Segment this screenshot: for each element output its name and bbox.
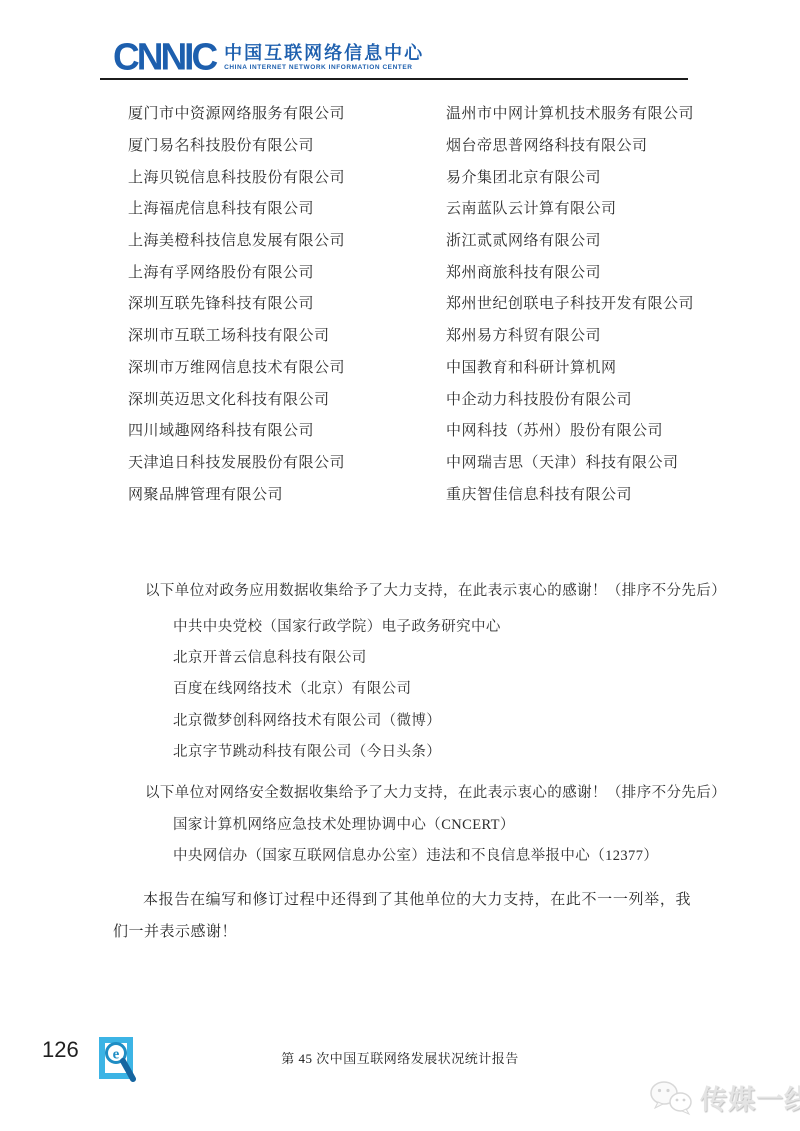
list-item: 上海贝锐信息科技股份有限公司	[128, 160, 345, 192]
header-divider	[100, 78, 688, 80]
list-item: 中网科技（苏州）股份有限公司	[446, 414, 694, 446]
list-item: 深圳市互联工场科技有限公司	[128, 319, 345, 351]
list-item: 厦门易名科技股份有限公司	[128, 129, 345, 161]
list-item: 云南蓝队云计算有限公司	[446, 192, 694, 224]
list-item: 郑州易方科贸有限公司	[446, 319, 694, 351]
cnnic-header: CNNIC 中国互联网络信息中心 CHINA INTERNET NETWORK …	[113, 40, 424, 73]
list-item: 上海美橙科技信息发展有限公司	[128, 224, 345, 256]
list-item: 深圳互联先锋科技有限公司	[128, 287, 345, 319]
list-item: 深圳市万维网信息技术有限公司	[128, 351, 345, 383]
org-name-block: 中国互联网络信息中心 CHINA INTERNET NETWORK INFORM…	[224, 40, 424, 71]
cnnic-logo: CNNIC	[113, 40, 215, 74]
list-item: 天津追日科技发展股份有限公司	[128, 446, 345, 478]
closing-paragraph: 本报告在编写和修订过程中还得到了其他单位的大力支持，在此不一一列举，我们一并表示…	[113, 884, 691, 948]
list-item: 深圳英迈思文化科技有限公司	[128, 382, 345, 414]
watermark: 传媒一线	[648, 1078, 800, 1117]
list-item: 中企动力科技股份有限公司	[446, 382, 694, 414]
watermark-text: 传媒一线	[700, 1078, 800, 1117]
list-item: 易介集团北京有限公司	[446, 160, 694, 192]
list-item: 温州市中网计算机技术服务有限公司	[446, 97, 694, 129]
ack-security-unit: 中央网信办（国家互联网信息办公室）违法和不良信息举报中心（12377）	[173, 841, 658, 872]
org-name-en: CHINA INTERNET NETWORK INFORMATION CENTE…	[224, 64, 424, 71]
ack-gov-unit: 北京微梦创科网络技术有限公司（微博）	[173, 706, 441, 737]
footer-report-title: 第 45 次中国互联网络发展状况统计报告	[0, 1048, 800, 1067]
list-item: 网聚品牌管理有限公司	[128, 477, 345, 509]
supporter-list-right: 温州市中网计算机技术服务有限公司 烟台帝思普网络科技有限公司 易介集团北京有限公…	[446, 97, 694, 509]
report-page: CNNIC 中国互联网络信息中心 CHINA INTERNET NETWORK …	[0, 0, 800, 1131]
list-item: 厦门市中资源网络服务有限公司	[128, 97, 345, 129]
list-item: 烟台帝思普网络科技有限公司	[446, 129, 694, 161]
list-item: 郑州商旅科技有限公司	[446, 255, 694, 287]
ack-gov-unit: 百度在线网络技术（北京）有限公司	[173, 674, 411, 705]
ack-security-unit: 国家计算机网络应急技术处理协调中心（CNCERT）	[173, 810, 515, 841]
list-item: 浙江贰贰网络有限公司	[446, 224, 694, 256]
supporter-list-left: 厦门市中资源网络服务有限公司 厦门易名科技股份有限公司 上海贝锐信息科技股份有限…	[128, 97, 345, 509]
ack-security-intro: 以下单位对网络安全数据收集给予了大力支持，在此表示衷心的感谢！（排序不分先后）	[145, 778, 726, 809]
wechat-icon	[648, 1079, 694, 1117]
list-item: 中网瑞吉思（天津）科技有限公司	[446, 446, 694, 478]
org-name-cn: 中国互联网络信息中心	[224, 43, 424, 63]
ack-gov-intro: 以下单位对政务应用数据收集给予了大力支持，在此表示衷心的感谢！（排序不分先后）	[145, 576, 726, 607]
list-item: 上海有孚网络股份有限公司	[128, 255, 345, 287]
ack-gov-unit: 北京字节跳动科技有限公司（今日头条）	[173, 737, 441, 768]
list-item: 四川域趣网络科技有限公司	[128, 414, 345, 446]
list-item: 郑州世纪创联电子科技开发有限公司	[446, 287, 694, 319]
ack-gov-unit: 中共中央党校（国家行政学院）电子政务研究中心	[173, 612, 501, 643]
list-item: 上海福虎信息科技有限公司	[128, 192, 345, 224]
list-item: 重庆智佳信息科技有限公司	[446, 477, 694, 509]
list-item: 中国教育和科研计算机网	[446, 351, 694, 383]
ack-gov-unit: 北京开普云信息科技有限公司	[173, 643, 367, 674]
